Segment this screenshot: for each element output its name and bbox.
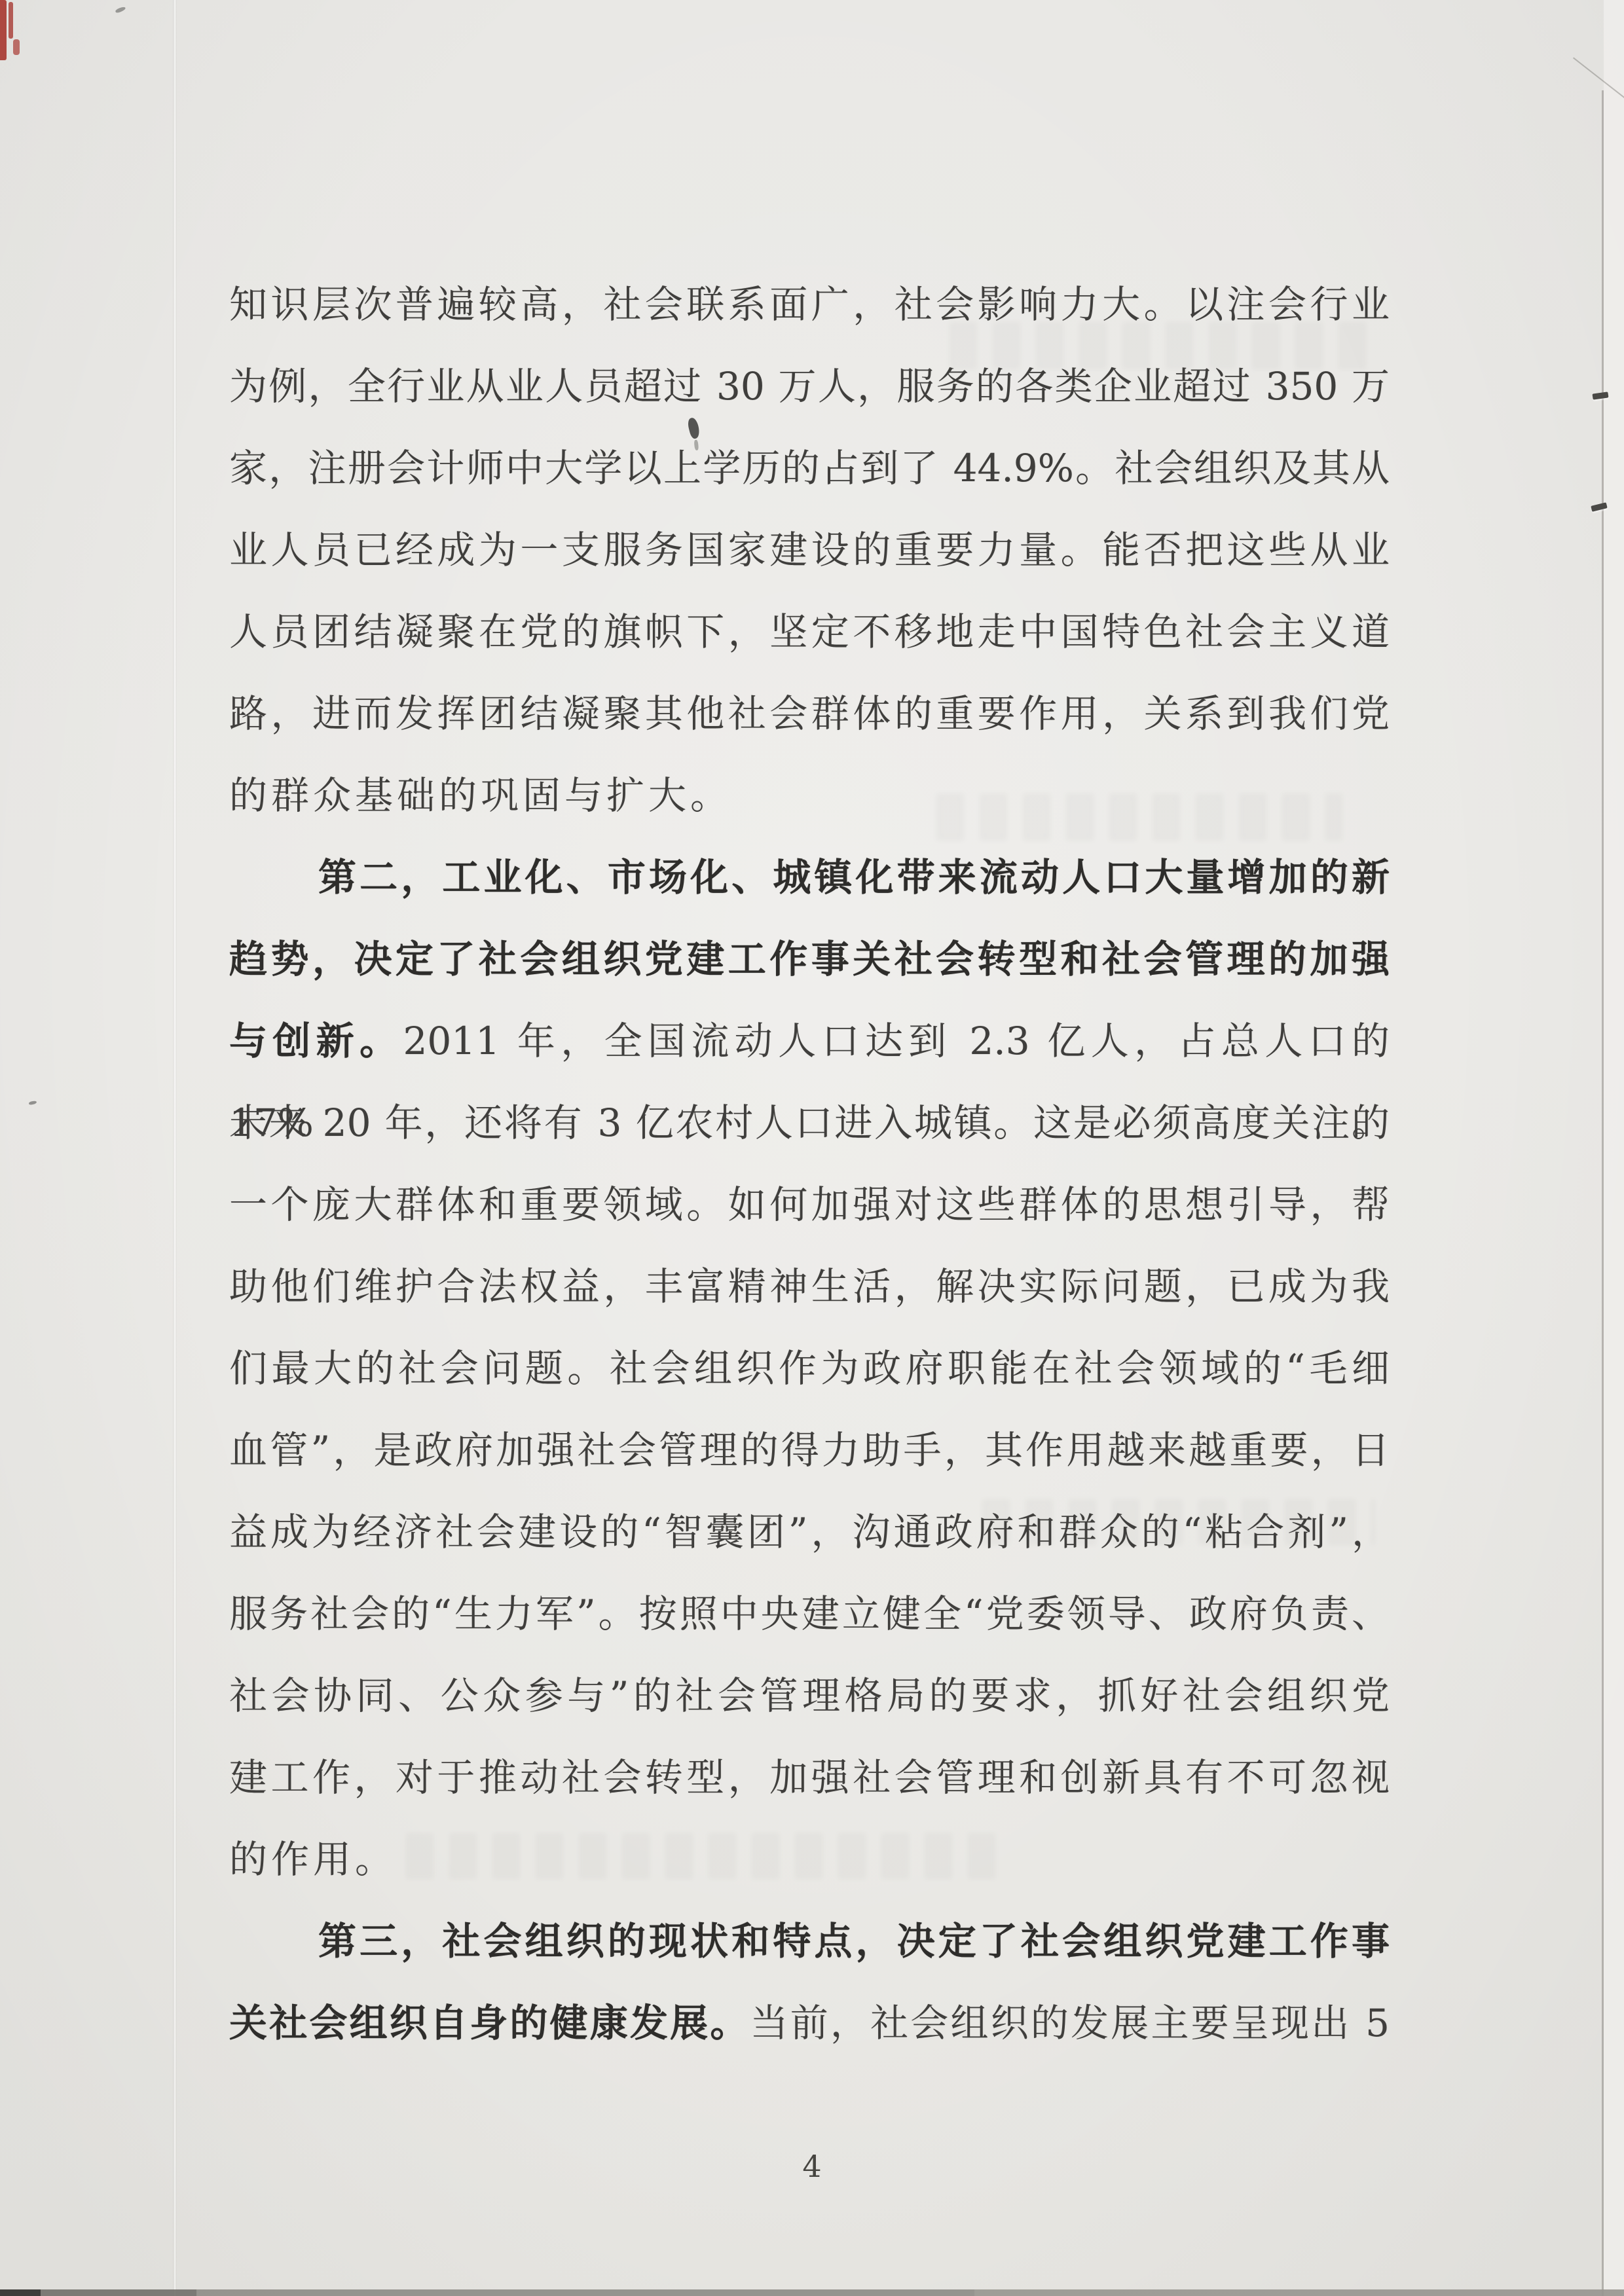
text-line: 的群众基础的巩固与扩大。	[229, 755, 1390, 837]
page-number: 4	[0, 2149, 1624, 2184]
text-line: 人员团结凝聚在党的旗帜下，坚定不移地走中国特色社会主义道	[229, 591, 1390, 673]
text-line: 路，进而发挥团结凝聚其他社会群体的重要作用，关系到我们党	[229, 673, 1390, 755]
text-line: 与创新。2011 年，全国流动人口达到 2.3 亿人，占总人口的 17%。	[229, 1000, 1390, 1082]
text-line: 一个庞大群体和重要领域。如何加强对这些群体的思想引导，帮	[229, 1164, 1390, 1246]
text-line: 知识层次普遍较高，社会联系面广，社会影响力大。以注会行业	[229, 264, 1390, 346]
bottom-scan-edge	[0, 2289, 1624, 2296]
red-edge-mark	[13, 39, 20, 55]
heading-line: 趋势，决定了社会组织党建工作事关社会转型和社会管理的加强	[229, 919, 1390, 1000]
body-fragment: 当前，社会组织的发展主要呈现出 5	[750, 2001, 1390, 2045]
text-line: 业人员已经成为一支服务国家建设的重要力量。能否把这些从业	[229, 509, 1390, 591]
red-edge-mark	[0, 0, 7, 60]
text-block: 知识层次普遍较高，社会联系面广，社会影响力大。以注会行业 为例，全行业从业人员超…	[229, 264, 1390, 2064]
text-line: 家，注册会计师中大学以上学历的占到了 44.9%。社会组织及其从	[229, 428, 1390, 509]
heading-fragment: 关社会组织自身的健康发展。	[229, 2001, 750, 2045]
ink-speck	[115, 6, 126, 13]
ink-speck	[29, 1101, 37, 1105]
text-line: 的作用。	[229, 1819, 1390, 1901]
heading-line: 第二，工业化、市场化、城镇化带来流动人口大量增加的新	[229, 837, 1390, 919]
text-line: 为例，全行业从业人员超过 30 万人，服务的各类企业超过 350 万	[229, 346, 1390, 428]
text-line: 益成为经济社会建设的“智囊团”，沟通政府和群众的“粘合剂”，	[229, 1491, 1390, 1573]
text-line: 未来 20 年，还将有 3 亿农村人口进入城镇。这是必须高度关注的	[229, 1082, 1390, 1164]
text-line: 们最大的社会问题。社会组织作为政府职能在社会领域的“毛细	[229, 1328, 1390, 1410]
text-line: 服务社会的“生力军”。按照中央建立健全“党委领导、政府负责、	[229, 1573, 1390, 1655]
fold-crease	[173, 0, 177, 2296]
text-line: 关社会组织自身的健康发展。当前，社会组织的发展主要呈现出 5	[229, 1982, 1390, 2064]
heading-line: 第三，社会组织的现状和特点，决定了社会组织党建工作事	[229, 1901, 1390, 1982]
paper-edge-line	[1602, 90, 1604, 2296]
heading-fragment: 与创新。	[229, 1019, 403, 1063]
text-line: 血管”，是政府加强社会管理的得力助手，其作用越来越重要，日	[229, 1410, 1390, 1491]
scan-background-right	[1604, 0, 1624, 2296]
scanned-document-page: 知识层次普遍较高，社会联系面广，社会影响力大。以注会行业 为例，全行业从业人员超…	[0, 0, 1624, 2296]
red-edge-mark	[9, 2, 13, 39]
text-line: 助他们维护合法权益，丰富精神生活，解决实际问题，已成为我	[229, 1246, 1390, 1328]
text-line: 社会协同、公众参与”的社会管理格局的要求，抓好社会组织党	[229, 1655, 1390, 1737]
text-line: 建工作，对于推动社会转型，加强社会管理和创新具有不可忽视	[229, 1737, 1390, 1819]
